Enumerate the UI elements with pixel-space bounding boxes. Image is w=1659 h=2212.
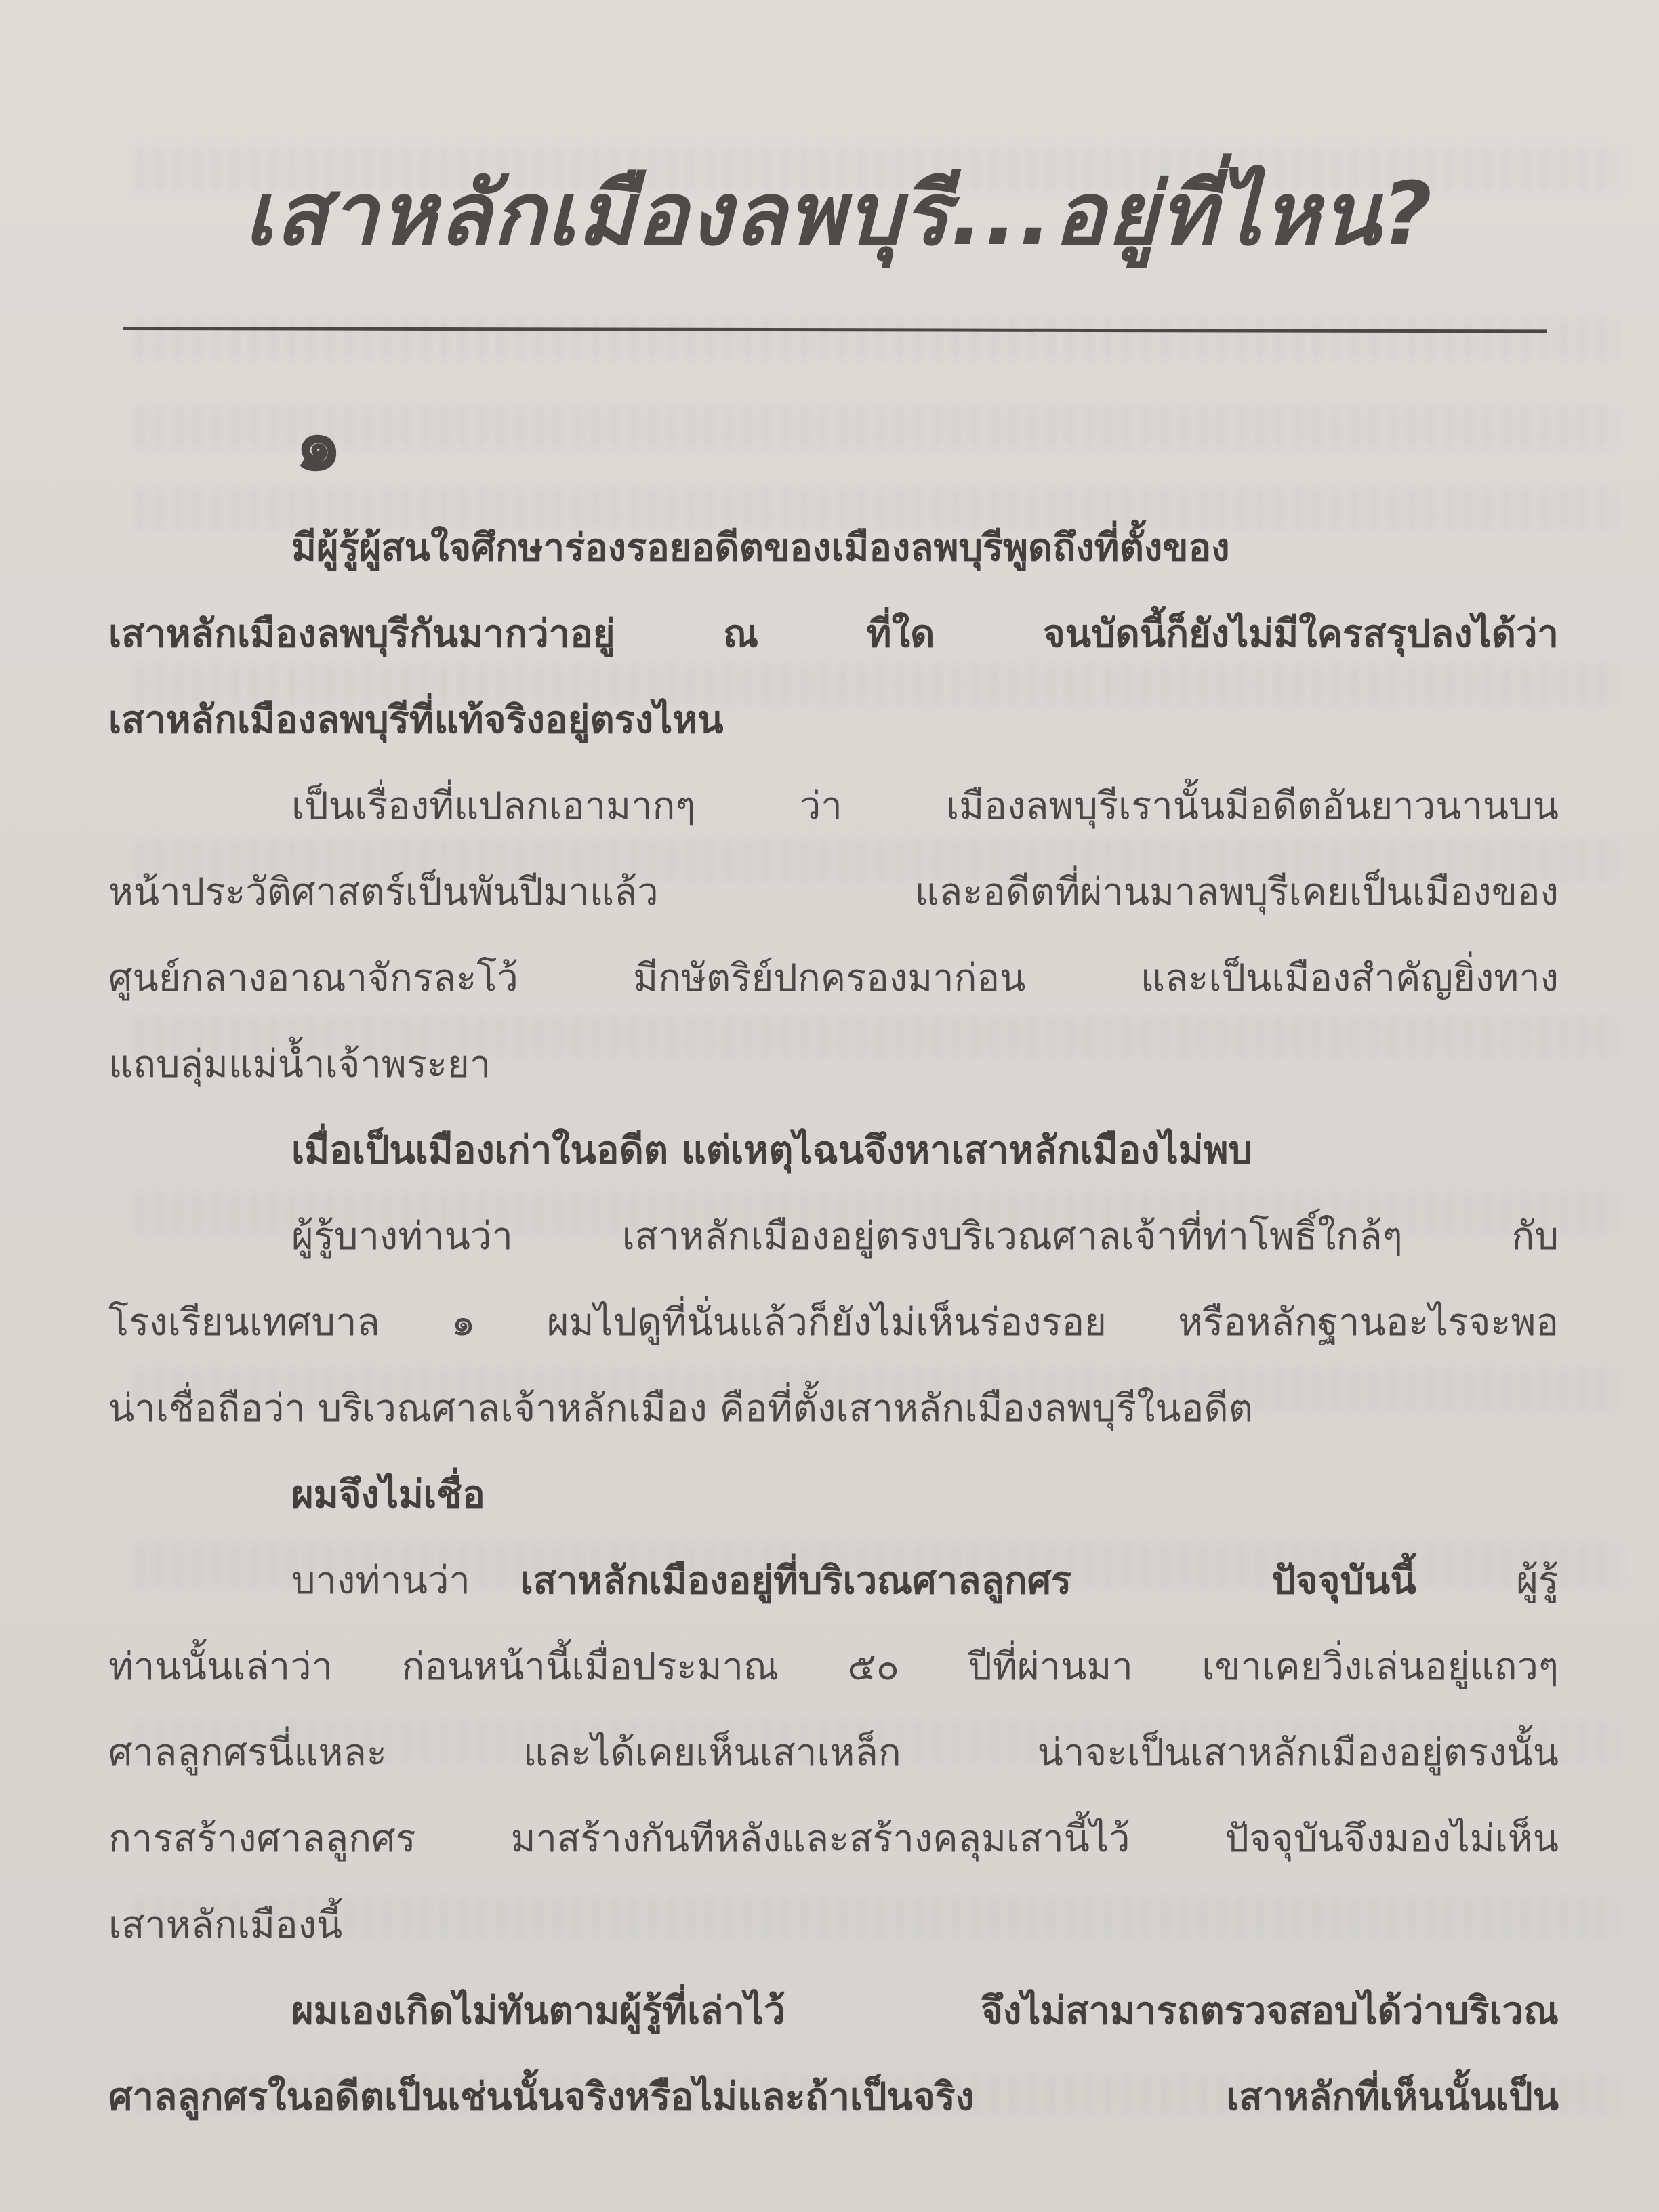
text-line: หน้าประวัติศาสตร์เป็นพันปีมาแล้ว และอดีต… xyxy=(108,849,1559,935)
text-line: เมื่อเป็นเมืองเก่าในอดีต แต่เหตุไฉนจึงหา… xyxy=(108,1107,1559,1193)
text-line: เสาหลักเมืองนี้ xyxy=(108,1882,1559,1968)
text-segment xyxy=(1071,1559,1271,1603)
chapter-title: เสาหลักเมืองลพบุรี...อยู่ที่ไหน? xyxy=(244,163,1572,267)
text-line: มีผู้รู้ผู้สนใจศึกษาร่องรอยอดีตของเมืองล… xyxy=(108,505,1559,591)
emphasis-segment: ปัจจุบันนี้ xyxy=(1271,1559,1416,1603)
text-line: ศาลลูกศรนี่แหละ และได้เคยเห็นเสาเหล็ก น่… xyxy=(108,1710,1559,1796)
text-segment: บางท่านว่า xyxy=(291,1559,520,1603)
show-through-line xyxy=(136,319,1618,359)
text-line: ผู้รู้บางท่านว่า เสาหลักเมืองอยู่ตรงบริเ… xyxy=(108,1193,1559,1279)
paragraph-tha-pho: ผู้รู้บางท่านว่า เสาหลักเมืองอยู่ตรงบริเ… xyxy=(108,1193,1559,1452)
show-through-line xyxy=(136,407,1618,447)
paragraph-question: เมื่อเป็นเมืองเก่าในอดีต แต่เหตุไฉนจึงหา… xyxy=(108,1107,1559,1193)
text-line: ท่านนั้นเล่าว่า ก่อนหน้านี้เมื่อประมาณ ๕… xyxy=(108,1624,1559,1710)
text-line: เป็นเรื่องที่แปลกเอามากๆ ว่า เมืองลพบุรี… xyxy=(108,763,1559,849)
paragraph-intro: มีผู้รู้ผู้สนใจศึกษาร่องรอยอดีตของเมืองล… xyxy=(108,505,1559,763)
paragraph-history: เป็นเรื่องที่แปลกเอามากๆ ว่า เมืองลพบุรี… xyxy=(108,763,1559,1107)
emphasis-segment: เสาหลักเมืองอยู่ที่บริเวณศาลลูกศร xyxy=(520,1559,1072,1603)
text-line: ศูนย์กลางอาณาจักรละโว้ มีกษัตริย์ปกครองม… xyxy=(108,935,1559,1021)
text-line: ผมจึงไม่เชื่อ xyxy=(108,1452,1559,1538)
body-text: มีผู้รู้ผู้สนใจศึกษาร่องรอยอดีตของเมืองล… xyxy=(108,505,1559,2140)
paragraph-disbelief: ผมจึงไม่เชื่อ xyxy=(108,1452,1559,1538)
text-line: บางท่านว่า เสาหลักเมืองอยู่ที่บริเวณศาลล… xyxy=(108,1538,1559,1624)
text-segment: ผู้รู้ xyxy=(1416,1559,1559,1603)
chapter-number: ๑ xyxy=(295,407,342,481)
text-line: การสร้างศาลลูกศร มาสร้างกันทีหลังและสร้า… xyxy=(108,1796,1559,1882)
paragraph-conclusion: ผมเองเกิดไม่ทันตามผู้รู้ที่เล่าไว้ จึงไม… xyxy=(108,1968,1559,2140)
text-line: เสาหลักเมืองลพบุรีกันมากว่าอยู่ ณ ที่ใด … xyxy=(108,591,1559,677)
text-line: ศาลลูกศรในอดีตเป็นเช่นนั้นจริงหรือไม่และ… xyxy=(108,2054,1559,2140)
text-line: เสาหลักเมืองลพบุรีที่แท้จริงอยู่ตรงไหน xyxy=(108,677,1559,763)
text-line: ผมเองเกิดไม่ทันตามผู้รู้ที่เล่าไว้ จึงไม… xyxy=(108,1968,1559,2054)
paragraph-san-luk-son: บางท่านว่า เสาหลักเมืองอยู่ที่บริเวณศาลล… xyxy=(108,1538,1559,1968)
text-line: โรงเรียนเทศบาล ๑ ผมไปดูที่นั่นแล้วก็ยังไ… xyxy=(108,1279,1559,1366)
book-page: เสาหลักเมืองลพบุรี...อยู่ที่ไหน? ๑ มีผู้… xyxy=(0,0,1659,2212)
text-line: แถบลุ่มแม่น้ำเจ้าพระยา xyxy=(108,1021,1559,1107)
text-line: น่าเชื่อถือว่า บริเวณศาลเจ้าหลักเมือง คื… xyxy=(108,1366,1559,1452)
